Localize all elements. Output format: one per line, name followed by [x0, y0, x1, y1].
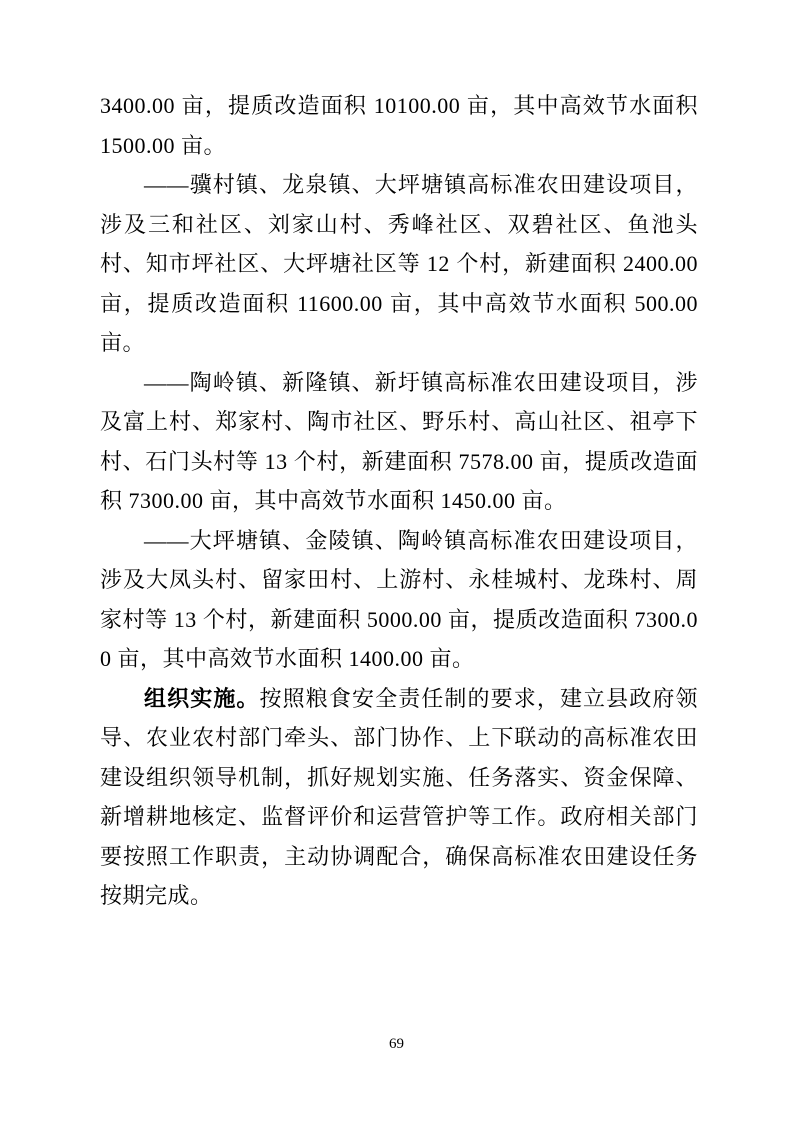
- page-number: 69: [0, 1036, 793, 1053]
- paragraph-project-item-3: ——大坪塘镇、金陵镇、陶岭镇高标准农田建设项目，涉及大凤头村、留家田村、上游村、…: [100, 521, 698, 679]
- document-page: 3400.00 亩，提质改造面积 10100.00 亩，其中高效节水面积 150…: [0, 0, 793, 1122]
- paragraph-lead-bold: 组织实施。: [144, 686, 260, 711]
- paragraph-organization: 组织实施。按照粮食安全责任制的要求，建立县政府领导、农业农村部门牵头、部门协作、…: [100, 679, 698, 916]
- paragraph-body-text: 按照粮食安全责任制的要求，建立县政府领导、农业农村部门牵头、部门协作、上下联动的…: [100, 686, 698, 909]
- paragraph-project-item-1: ——骥村镇、龙泉镇、大坪塘镇高标准农田建设项目，涉及三和社区、刘家山村、秀峰社区…: [100, 165, 698, 363]
- paragraph-continuation: 3400.00 亩，提质改造面积 10100.00 亩，其中高效节水面积 150…: [100, 86, 698, 165]
- document-body: 3400.00 亩，提质改造面积 10100.00 亩，其中高效节水面积 150…: [100, 86, 698, 916]
- paragraph-project-item-2: ——陶岭镇、新隆镇、新圩镇高标准农田建设项目，涉及富上村、郑家村、陶市社区、野乐…: [100, 363, 698, 521]
